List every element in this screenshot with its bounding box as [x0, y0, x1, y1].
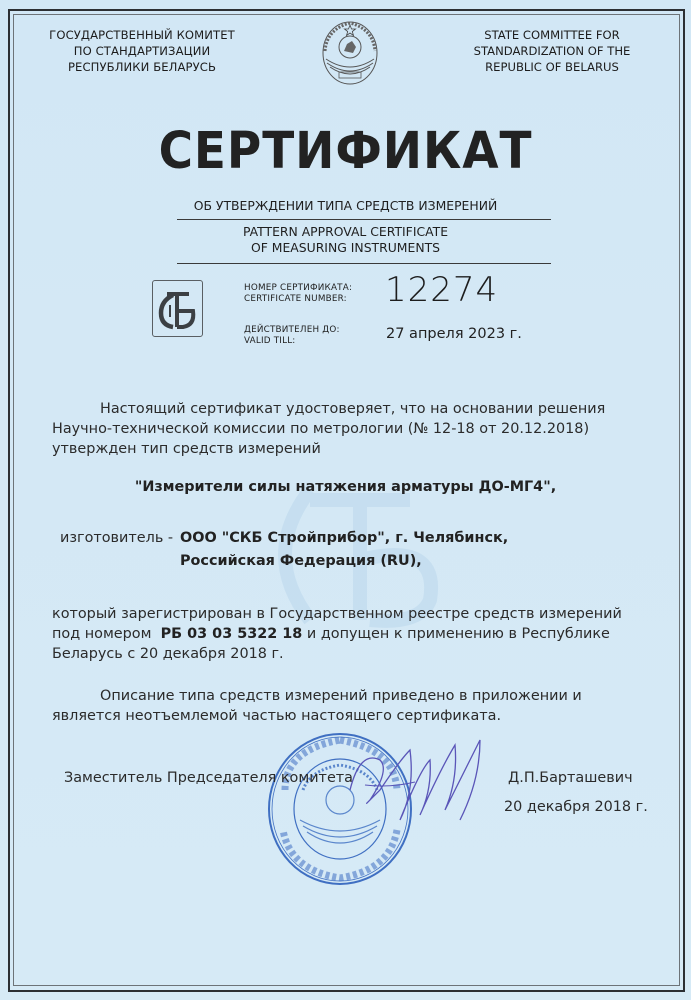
registry-prefix: под номером — [52, 626, 151, 642]
paragraph-line: утвержден тип средств измерений — [52, 439, 652, 459]
paragraph-registry: который зарегистрирован в Государственно… — [52, 604, 652, 664]
subtitle-ru: ОБ УТВЕРЖДЕНИИ ТИПА СРЕДСТВ ИЗМЕРЕНИЙ — [0, 198, 691, 213]
label-ru: ДЕЙСТВИТЕЛЕН ДО: — [244, 325, 340, 336]
header-right-line: REPUBLIC OF BELARUS — [432, 59, 672, 75]
divider — [177, 219, 551, 220]
certificate-number: 12274 — [385, 270, 498, 310]
subtitle-en-line: OF MEASURING INSTRUMENTS — [0, 240, 691, 256]
handwritten-signature-icon — [320, 730, 500, 840]
paragraph-appendix: Описание типа средств измерений приведен… — [52, 686, 652, 726]
certificate-number-label: НОМЕР СЕРТИФИКАТА: CERTIFICATE NUMBER: — [244, 283, 352, 305]
label-en: VALID TILL: — [244, 336, 340, 347]
paragraph-line: Настоящий сертификат удостоверяет, что н… — [52, 399, 652, 419]
header-left-line: ГОСУДАРСТВЕННЫЙ КОМИТЕТ — [22, 27, 262, 43]
certificate-page: ГОСУДАРСТВЕННЫЙ КОМИТЕТ ПО СТАНДАРТИЗАЦИ… — [0, 0, 691, 1000]
header-left-line: ПО СТАНДАРТИЗАЦИИ — [22, 43, 262, 59]
registry-suffix: и допущен к применению в Республике — [307, 626, 610, 642]
divider — [177, 263, 551, 264]
label-ru: НОМЕР СЕРТИФИКАТА: — [244, 283, 352, 294]
paragraph-line: является неотъемлемой частью настоящего … — [52, 706, 652, 726]
header-right-line: STANDARDIZATION OF THE — [432, 43, 672, 59]
registry-number: РБ 03 03 5322 18 — [161, 626, 303, 642]
valid-till-label: ДЕЙСТВИТЕЛЕН ДО: VALID TILL: — [244, 325, 340, 347]
belarus-coat-of-arms-icon — [317, 17, 383, 87]
signature-date: 20 декабря 2018 г. — [504, 799, 648, 815]
header-right-en: STATE COMMITTEE FOR STANDARDIZATION OF T… — [432, 27, 672, 75]
manufacturer-label: изготовитель - — [60, 530, 173, 546]
signatory-name: Д.П.Барташевич — [508, 770, 633, 786]
header-left-line: РЕСПУБЛИКИ БЕЛАРУСЬ — [22, 59, 262, 75]
paragraph-line: Научно-технической комиссии по метрологи… — [52, 419, 652, 439]
manufacturer-name: ООО "СКБ Стройприбор", г. Челябинск, — [180, 530, 508, 546]
header-right-line: STATE COMMITTEE FOR — [432, 27, 672, 43]
document-title: СЕРТИФИКАТ — [28, 122, 664, 181]
paragraph-line: Беларусь с 20 декабря 2018 г. — [52, 644, 652, 664]
header-left-ru: ГОСУДАРСТВЕННЫЙ КОМИТЕТ ПО СТАНДАРТИЗАЦИ… — [22, 27, 262, 75]
subtitle-en: PATTERN APPROVAL CERTIFICATE OF MEASURIN… — [0, 224, 691, 256]
paragraph-line: под номером РБ 03 03 5322 18 и допущен к… — [52, 624, 652, 644]
paragraph-approval: Настоящий сертификат удостоверяет, что н… — [52, 399, 652, 459]
instrument-name: "Измерители силы натяжения арматуры ДО-М… — [0, 479, 691, 495]
subtitle-en-line: PATTERN APPROVAL CERTIFICATE — [0, 224, 691, 240]
paragraph-line: Описание типа средств измерений приведен… — [52, 686, 652, 706]
paragraph-line: который зарегистрирован в Государственно… — [52, 604, 652, 624]
label-en: CERTIFICATE NUMBER: — [244, 294, 352, 305]
signatory-position: Заместитель Председателя комитета — [64, 770, 353, 786]
valid-till-date: 27 апреля 2023 г. — [386, 326, 522, 342]
manufacturer-country: Российская Федерация (RU), — [180, 553, 422, 569]
gosstandart-logo-icon — [152, 280, 203, 337]
